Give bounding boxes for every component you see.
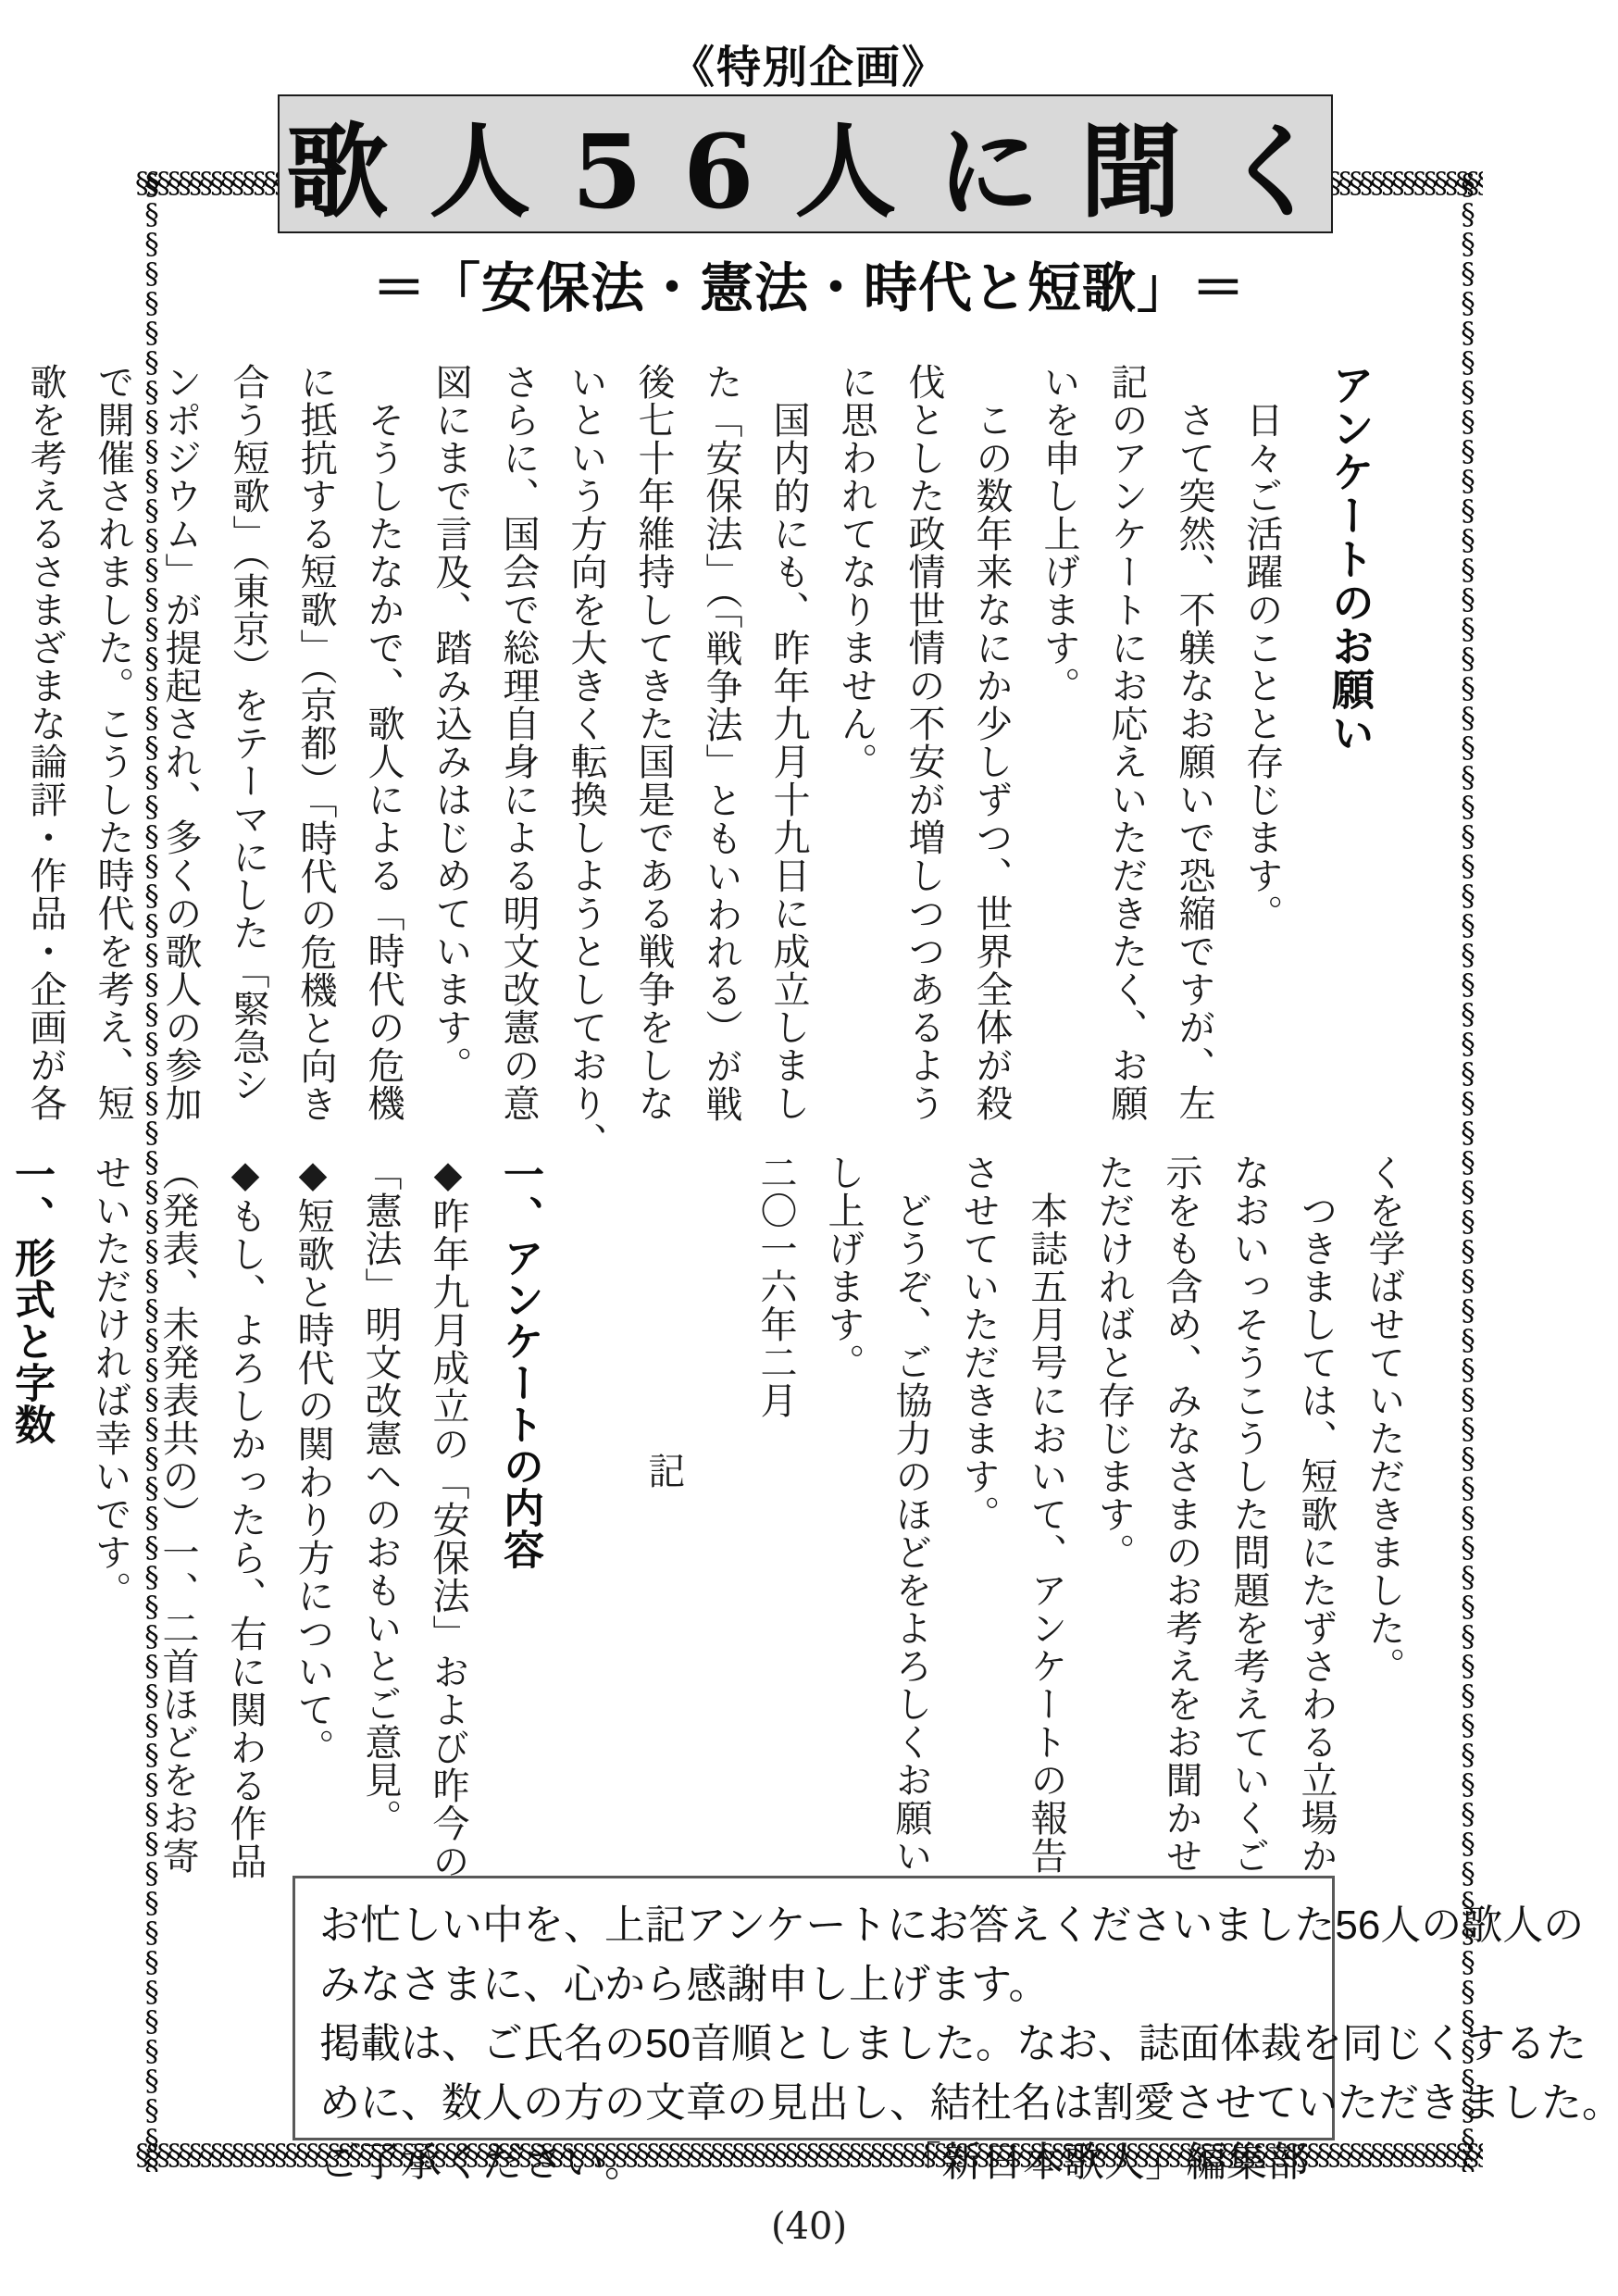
text-column: 示をも含め、みなさまのお考えをお聞かせい: [1155, 1154, 1208, 1876]
text-column: さらに、国会で総理自身による明文改憲の意: [492, 363, 545, 1129]
text-column: ンポジウム」が提起され、多くの歌人の参加: [155, 363, 207, 1129]
acknowledgement-box: お忙しい中を、上記アンケートにお答えくださいました56人の歌人のみなさまに、心か…: [292, 1876, 1335, 2140]
text-column: この数年来なにか少しずつ、世界全体が殺: [965, 363, 1018, 1129]
subtitle: ＝「安保法・憲法・時代と短歌」＝: [0, 244, 1618, 322]
text-column: ◆昨年九月成立の「安保法」および昨今の: [422, 1154, 475, 1876]
text-column: なおいっそうこうした問題を考えていくご教: [1223, 1154, 1276, 1876]
text-column: さて突然、不躾なお願いで恐縮ですが、左: [1168, 363, 1221, 1129]
notice-line: みなさまに、心から感謝申し上げます。: [319, 1951, 1308, 2010]
text-column: 国内的にも、昨年九月十九日に成立しまし: [763, 363, 815, 1129]
survey-details-section: くを学ばせていただきました。 つきましては、短歌にたずさわる立場から、なおいっそ…: [0, 1154, 1411, 1876]
text-column: 記: [638, 1154, 691, 1876]
text-column: 一、形式と字数: [1, 1154, 60, 1876]
text-column: そうしたなかで、歌人による「時代の危機: [357, 363, 410, 1129]
text-column: アンケートのお願い: [1320, 363, 1381, 1129]
text-column: 記のアンケートにお応えいただきたく、お願: [1101, 363, 1153, 1129]
text-column: 本誌五月号において、アンケートの報告を: [1020, 1154, 1073, 1876]
text-column: させていただきます。: [952, 1154, 1005, 1876]
survey-request-section: アンケートのお願い 日々ご活躍のことと存じます。 さて突然、不躾なお願いで恐縮で…: [0, 363, 1381, 1129]
text-column: 歌を考えるさまざまな論評・作品・企画が各: [19, 363, 72, 1129]
text-column: 図にまで言及、踏み込みはじめています。: [425, 363, 478, 1129]
text-column: いを申し上げます。: [1033, 363, 1086, 1129]
editorial-signature: 「新日本歌人」編集部: [901, 2128, 1308, 2188]
text-column: 後七十年維持してきた国是である戦争をしな: [628, 363, 680, 1129]
text-column: どうぞ、ご協力のほどをよろしくお願い申: [885, 1154, 938, 1876]
text-column: いという方向を大きく転換しようとしており、: [560, 363, 613, 1129]
special-feature-label: 《特別企画》: [0, 31, 1618, 95]
text-column: で開催されました。こうした時代を考え、短: [87, 363, 140, 1129]
text-column: ◆もし、よろしかったら、右に関わる作品: [219, 1154, 272, 1876]
text-column: 「憲法」明文改憲へのおもいとご意見。: [355, 1154, 407, 1876]
text-column: 伐とした政情世情の不安が増しつつあるよう: [898, 363, 951, 1129]
title-box: 歌人56人に聞く: [278, 94, 1333, 233]
text-column: 一、アンケートの内容: [490, 1154, 549, 1876]
text-column: 短歌誌、結社誌にも掲載され、それぞれに多: [0, 363, 5, 1129]
text-column: に抵抗する短歌」（京都）「時代の危機と向き: [290, 363, 342, 1129]
text-column: 合う短歌」（東京）をテーマにした「緊急シ: [222, 363, 275, 1129]
text-column: せいただければ幸いです。: [84, 1154, 137, 1876]
magazine-page: §§§§§§§§§§§§§§§§§§§§§§§§§§§§§§§§§§§§§§§§…: [0, 0, 1618, 2296]
notice-closing-line: ご了承ください。 「新日本歌人」編集部: [319, 2128, 1308, 2188]
notice-line: お忙しい中を、上記アンケートにお答えくださいました56人の歌人の: [319, 1891, 1308, 1951]
border-ornament-right: §§§§§§§§§§§§§§§§§§§§§§§§§§§§§§§§§§§§§§§§…: [1451, 168, 1483, 2172]
page-title: 歌人56人に聞く: [245, 91, 1364, 237]
closing-text: ご了承ください。: [319, 2128, 645, 2188]
notice-line: めに、数人の方の文章の見出し、結社名は割愛させていただきました。: [319, 2069, 1308, 2128]
text-column: ただければと存じます。: [1088, 1154, 1140, 1876]
text-column: た「安保法」（「戦争法」ともいわれる）が戦: [695, 363, 748, 1129]
text-column: 日々ご活躍のことと存じます。: [1236, 363, 1288, 1129]
text-column: （発表、未発表共の）一、二首ほどをお寄: [152, 1154, 205, 1876]
text-column: し上げます。: [817, 1154, 870, 1876]
notice-line: 掲載は、ご氏名の50音順としました。なお、誌面体裁を同じくするた: [319, 2010, 1308, 2069]
page-number: (40): [0, 2205, 1618, 2248]
text-column: に思われてなりません。: [830, 363, 883, 1129]
text-column: 二〇一六年二月: [750, 1154, 803, 1876]
text-column: ◆短歌と時代の関わり方について。: [287, 1154, 340, 1876]
text-column: くを学ばせていただきました。: [1358, 1154, 1411, 1876]
text-column: つきましては、短歌にたずさわる立場から、: [1290, 1154, 1343, 1876]
